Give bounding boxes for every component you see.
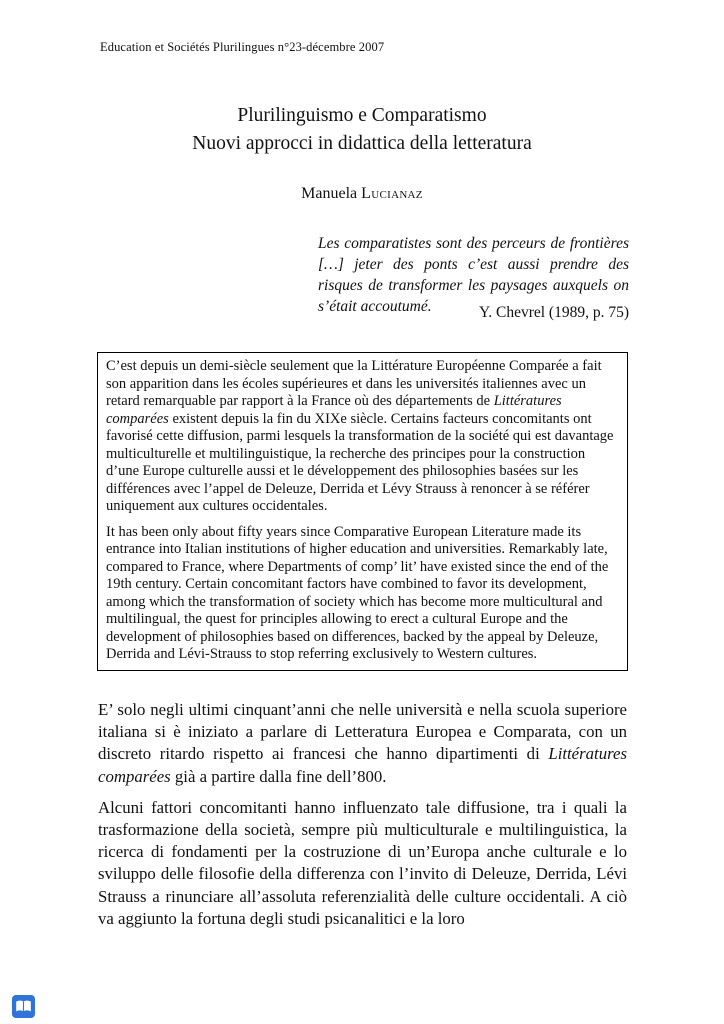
journal-header: Education et Sociétés Plurilingues n°23-… [100,40,384,55]
author-name: Manuela Lucianaz [97,185,627,203]
site-logo[interactable] [12,995,35,1018]
abstract-french-text-end: existent depuis la fin du XIXe siècle. C… [106,411,613,515]
body-paragraph-1: E’ solo negli ultimi cinquant’anni che n… [98,699,627,788]
abstract-french: C’est depuis un demi-siècle seulement qu… [106,358,619,516]
article-subtitle: Nuovi approcci in didattica della letter… [97,130,627,158]
author-first-name: Manuela [301,185,361,202]
open-book-icon [12,995,35,1018]
article-title-block: Plurilinguismo e Comparatismo Nuovi appr… [97,102,627,157]
author-surname: Lucianaz [361,185,423,202]
article-body: E’ solo negli ultimi cinquant’anni che n… [98,699,627,930]
article-title: Plurilinguismo e Comparatismo [97,102,627,130]
abstract-box: C’est depuis un demi-siècle seulement qu… [97,352,628,671]
abstract-english: It has been only about fifty years since… [106,524,619,664]
body-paragraph-1-end: già a partire dalla fine dell’800. [171,767,387,786]
document-page: Education et Sociétés Plurilingues n°23-… [0,0,724,1024]
body-paragraph-2: Alcuni fattori concomitanti hanno influe… [98,797,627,930]
epigraph-attribution: Y. Chevrel (1989, p. 75) [318,304,629,322]
